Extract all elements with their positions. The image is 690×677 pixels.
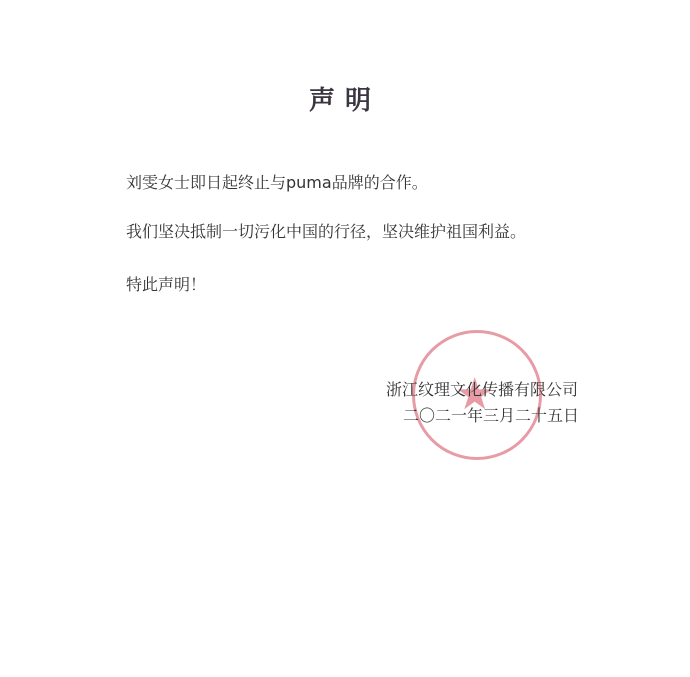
signature-date: 二〇二一年三月二十五日 bbox=[403, 403, 579, 426]
signature-organization: 浙江纹理文化传播有限公司 bbox=[386, 377, 578, 400]
paragraph-3: 特此声明！ bbox=[126, 272, 206, 295]
paragraph-1: 刘雯女士即日起终止与puma品牌的合作。 bbox=[126, 170, 428, 193]
paragraph-2: 我们坚决抵制一切污化中国的行径，坚决维护祖国利益。 bbox=[126, 219, 526, 242]
document-title: 声明 bbox=[0, 80, 690, 117]
